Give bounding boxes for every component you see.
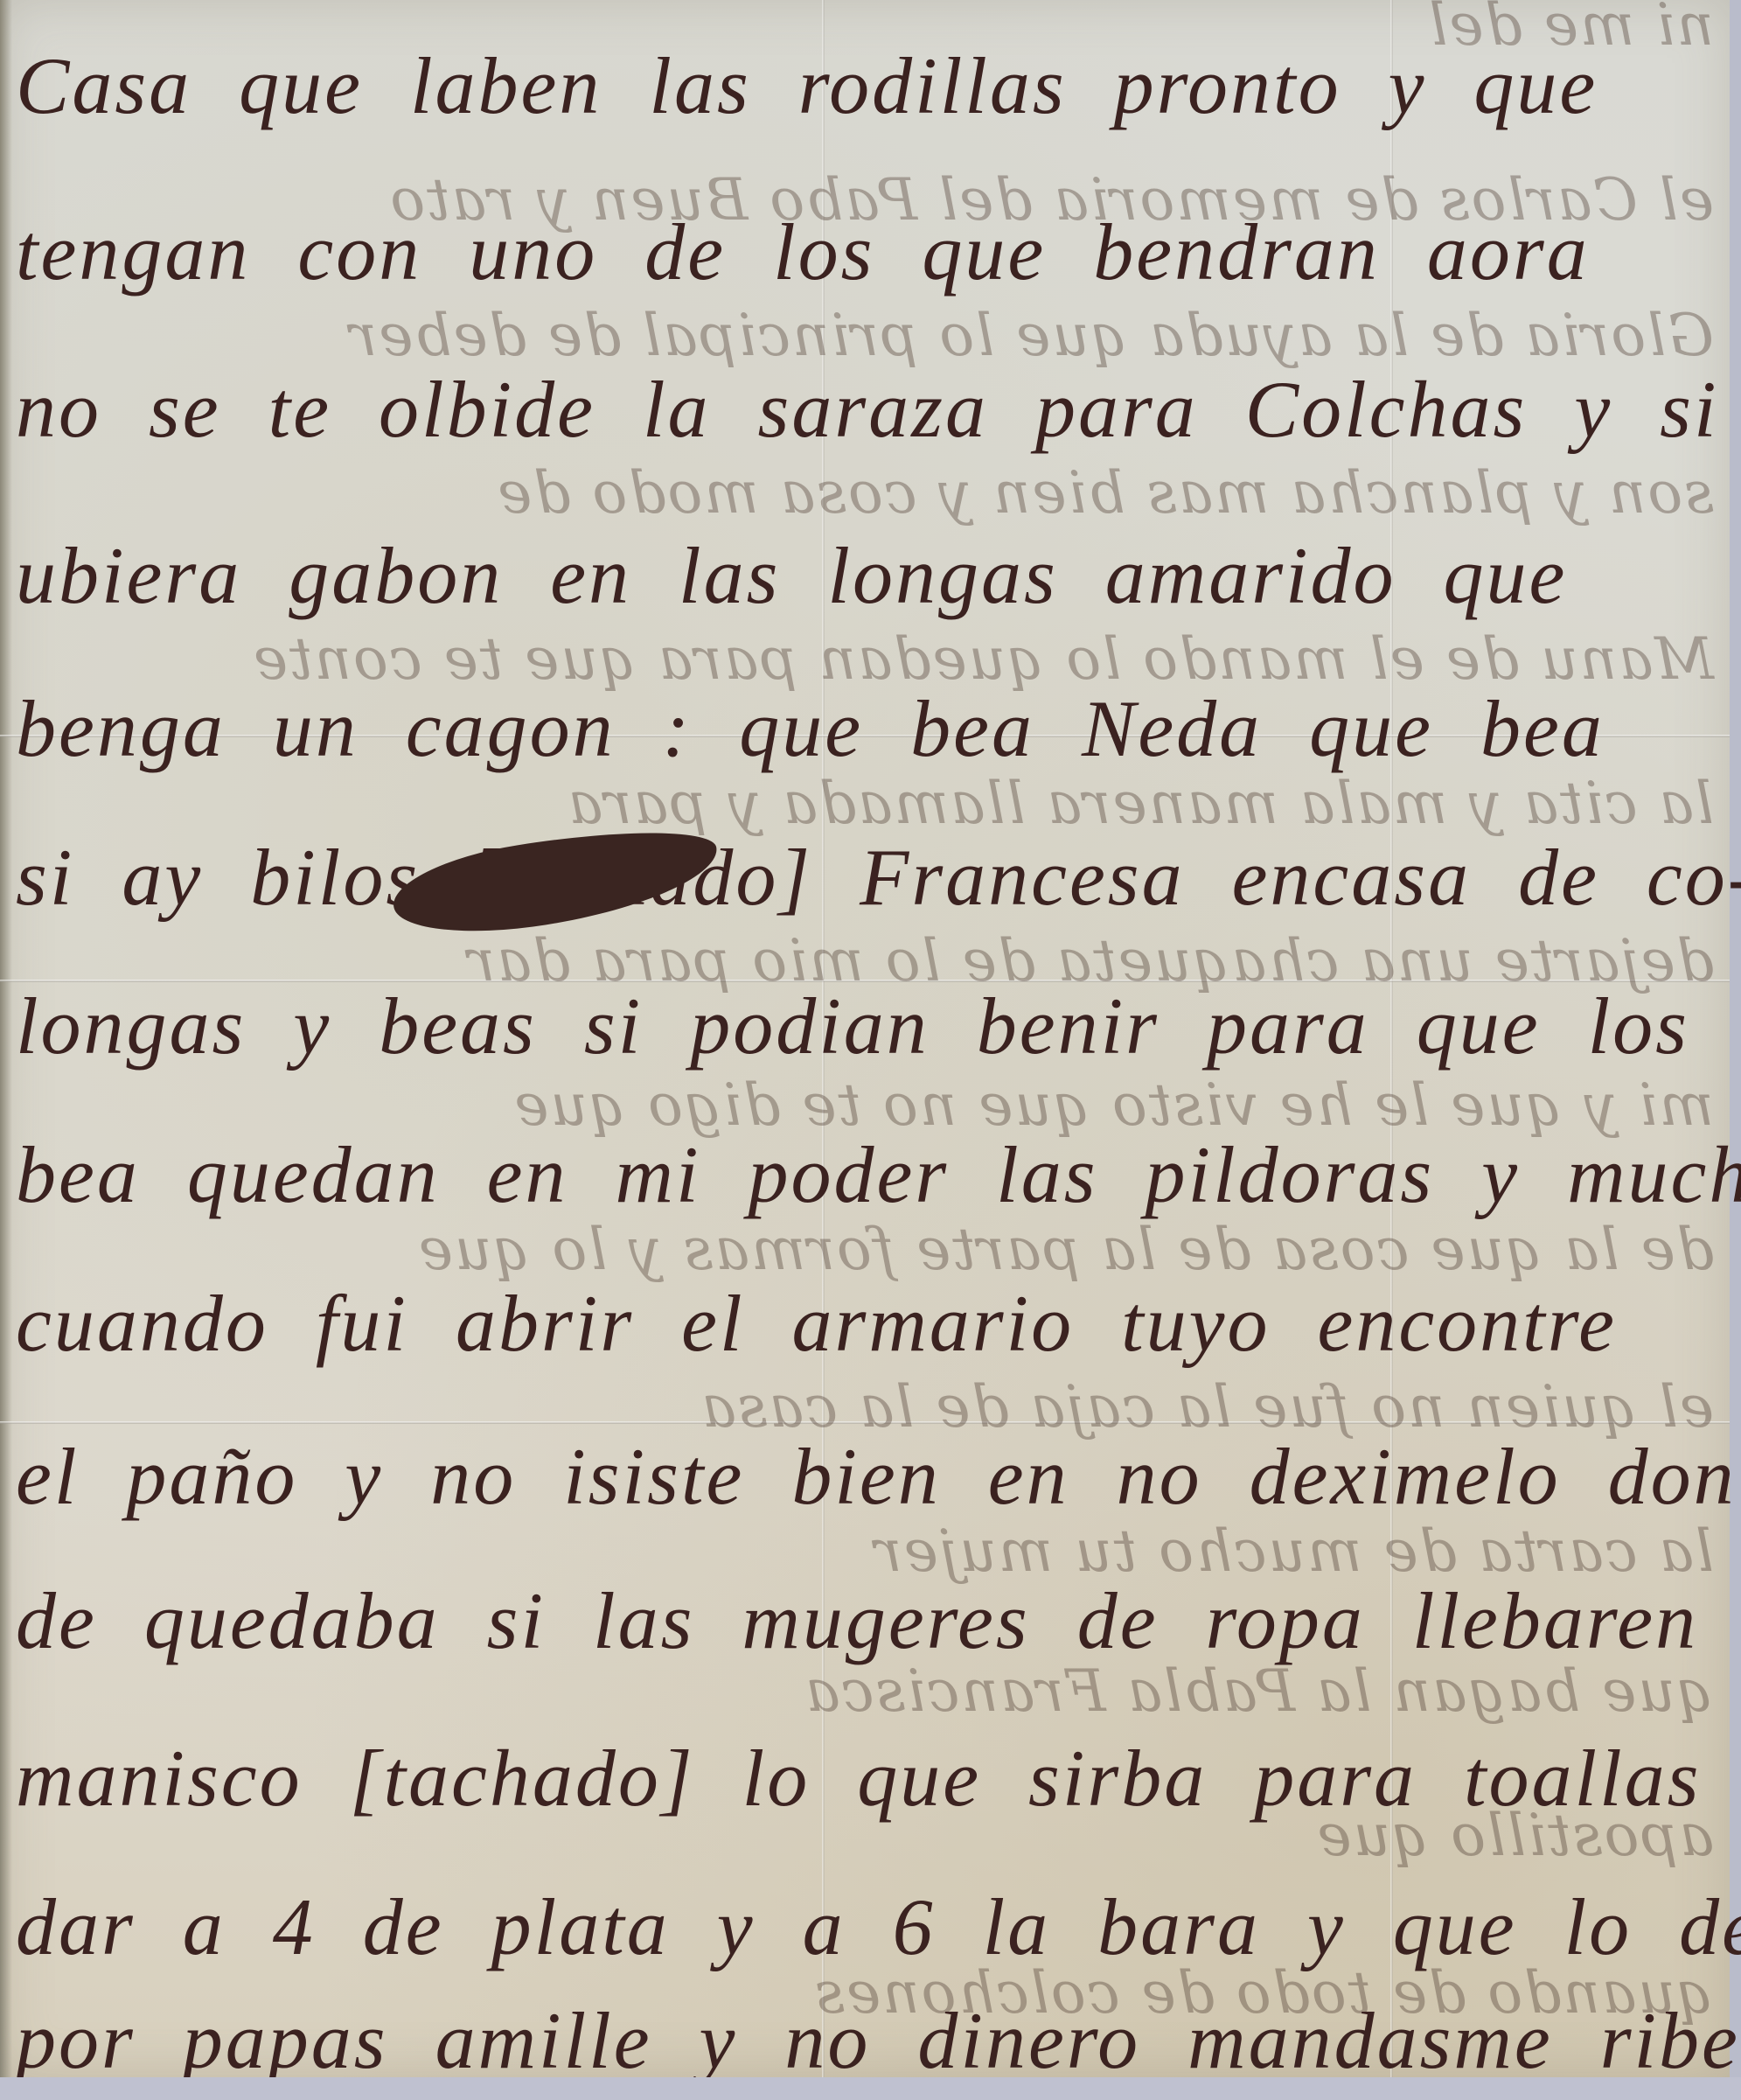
letter-line: tengan con uno de los que bendran aora (16, 206, 1712, 298)
letter-line: de quedaba si las mugeres de ropa llebar… (16, 1574, 1712, 1667)
letter-line: bea quedan en mi poder las pildoras y mu… (16, 1128, 1712, 1221)
letter-line: manisco [tachado] lo que sirba para toal… (16, 1732, 1712, 1824)
bleed-through-text: son y plancha mas bien y cosa modo de (0, 459, 1714, 527)
letter-line: el paño y no isiste bien en no deximelo … (16, 1430, 1712, 1523)
letter-line: longas y beas si podian benir para que l… (16, 980, 1712, 1072)
letter-line: cuando fui abrir el armario tuyo encontr… (16, 1277, 1712, 1370)
manuscript-page: ni me del el Carlos de memoria del Pabo … (0, 0, 1730, 2077)
letter-line: dar a 4 de plata y a 6 la bara y que lo … (16, 1880, 1712, 1973)
bleed-through-text: de la que cosa de la parte formas y lo q… (0, 1216, 1714, 1283)
bleed-through-text: Gloria de la ayuda que lo principal de d… (0, 302, 1714, 369)
letter-line: ubiera gabon en las longas amarido que (16, 529, 1712, 622)
letter-line: no se te olbide la saraza para Colchas y… (16, 363, 1712, 456)
letter-line: por papas amille y no dinero mandasme ri… (16, 1994, 1712, 2087)
bleed-through-text: que bagan la Pabla Francisca (0, 1657, 1714, 1725)
letter-line: Casa que laben las rodillas pronto y que (16, 39, 1712, 132)
letter-line: si ay bilos [tachado] Francesa encasa de… (16, 831, 1712, 924)
letter-line: benga un cagon : que bea Neda que bea (16, 682, 1712, 775)
bleed-through-text: la cita y mala manera llamada y para (0, 770, 1714, 837)
background-surface (0, 2077, 1741, 2100)
